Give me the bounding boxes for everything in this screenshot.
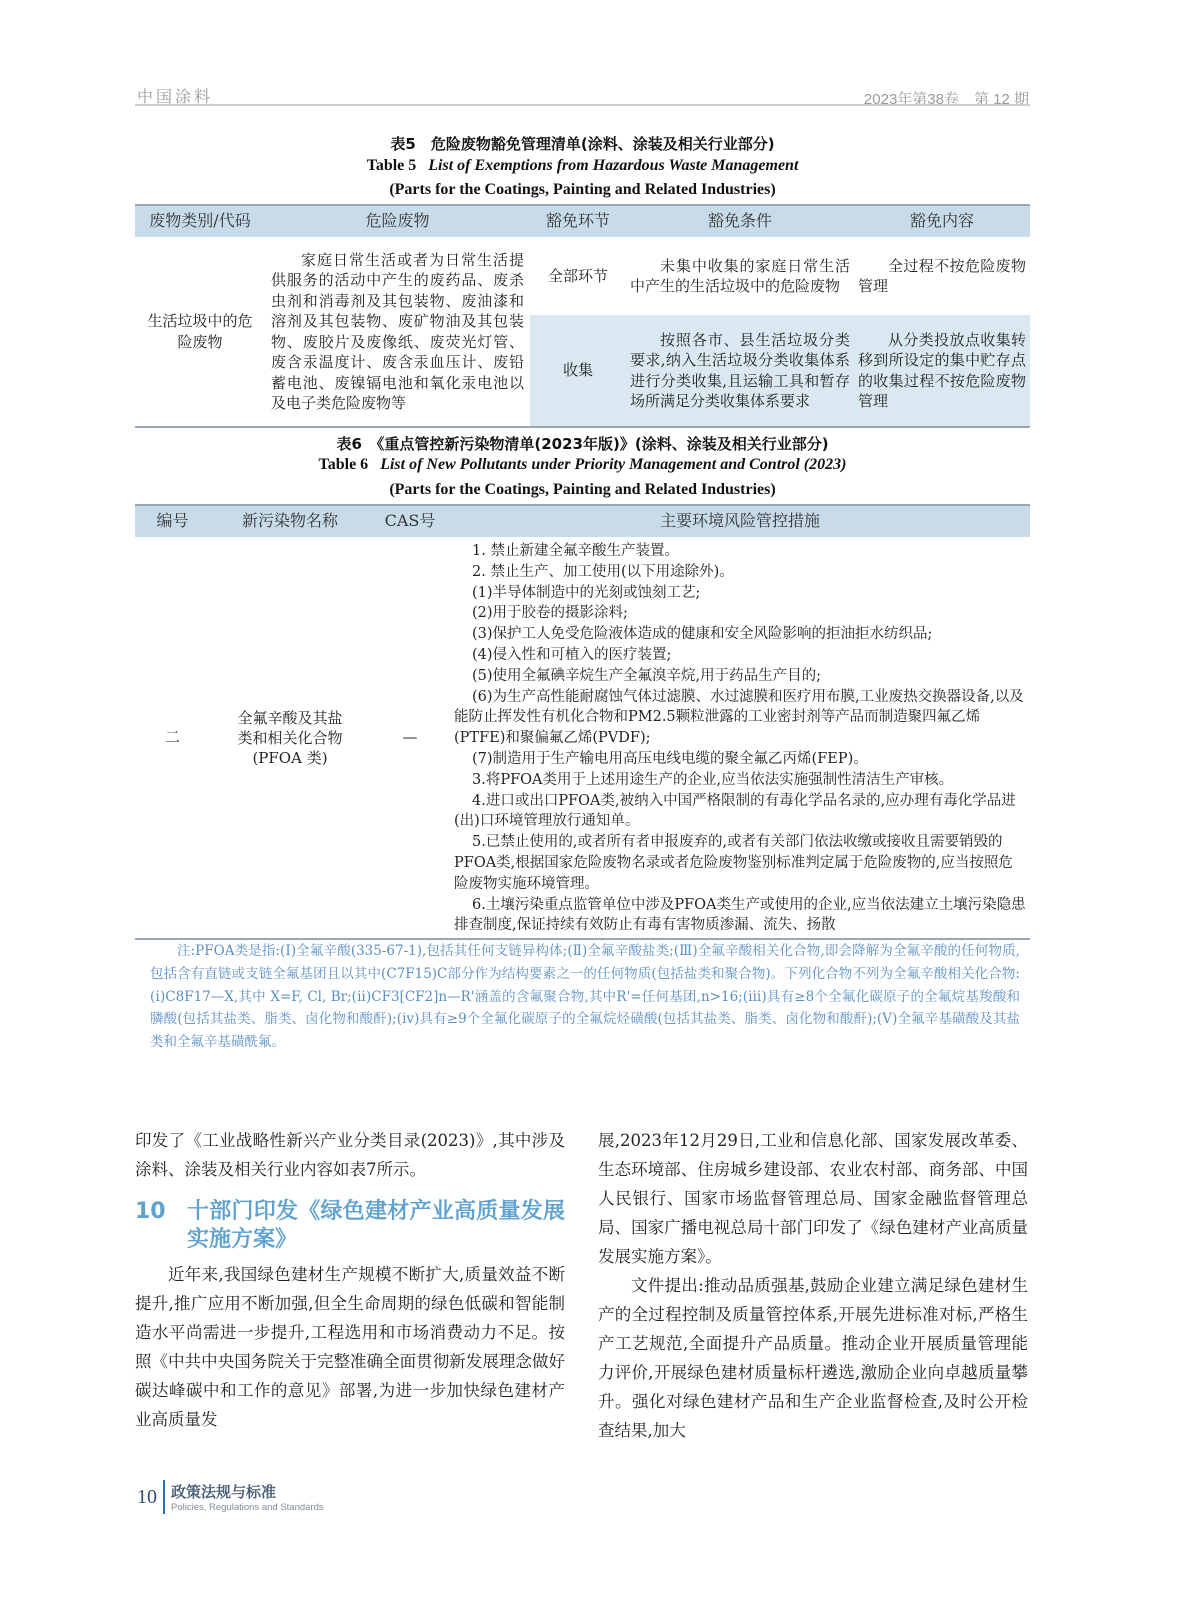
col-header: 豁免环节	[530, 205, 626, 237]
col-header: CAS号	[370, 505, 450, 537]
page-footer: 10 政策法规与标准 Policies, Regulations and Sta…	[137, 1480, 324, 1514]
measure-item: (1)半导体制造中的光刻或蚀刻工艺;	[454, 583, 1026, 604]
measure-item: (3)保护工人免受危险液体造成的健康和安全风险影响的拒油拒水纺织品;	[454, 624, 1026, 645]
paragraph: 印发了《工业战略性新兴产业分类目录(2023)》,其中涉及涂料、涂装及相关行业内…	[135, 1126, 565, 1184]
table5-caption-en: Table 5 List of Exemptions from Hazardou…	[135, 157, 1030, 175]
table5: 废物类别/代码 危险废物 豁免环节 豁免条件 豁免内容 生活垃圾中的危险废物 家…	[135, 204, 1030, 428]
paragraph: 近年来,我国绿色建材生产规模不断扩大,质量效益不断提升,推广应用不断加强,但全生…	[135, 1260, 565, 1434]
waste-description: 家庭日常生活或者为日常生活提供服务的活动中产生的废药品、废杀虫剂和消毒剂及其包装…	[265, 237, 530, 427]
section-heading: 10 十部门印发《绿色建材产业高质量发展实施方案》	[135, 1198, 565, 1254]
footer-section-cn: 政策法规与标准	[171, 1481, 324, 1502]
measure-item: (5)使用全氟碘辛烷生产全氟溴辛烷,用于药品生产目的;	[454, 666, 1026, 687]
table6-caption-en: Table 6 List of New Pollutants under Pri…	[135, 456, 1030, 474]
measure-item: 6.土壤污染重点监管单位中涉及PFOA类生产或使用的企业,应当依法建立土壤污染隐…	[454, 895, 1026, 939]
table6-note: 注:PFOA类是指:(Ⅰ)全氟辛酸(335-67-1),包括其任何支链异构体;(…	[150, 940, 1020, 1054]
exemption-condition: 未集中收集的家庭日常生活中产生的生活垃圾中的危险废物	[626, 237, 854, 315]
measure-item: 4.进口或出口PFOA类,被纳入中国严格限制的有毒化学品名录的,应办理有毒化学品…	[454, 791, 1026, 833]
measure-item: (7)制造用于生产输电用高压电线电缆的聚全氟乙丙烯(FEP)。	[454, 749, 1026, 770]
exemption-content: 全过程不按危险废物管理	[854, 237, 1030, 315]
measure-item: (4)侵入性和可植入的医疗装置;	[454, 645, 1026, 666]
table6-title-en: List of New Pollutants under Priority Ma…	[380, 456, 846, 473]
table5-caption-sub: (Parts for the Coatings, Painting and Re…	[135, 181, 1030, 199]
measure-item: (2)用于胶卷的摄影涂料;	[454, 603, 1026, 624]
measure-item: (6)为生产高性能耐腐蚀气体过滤膜、水过滤膜和医疗用布膜,工业废热交换器设备,以…	[454, 687, 1026, 749]
col-header: 主要环境风险管控措施	[450, 505, 1030, 537]
section-title: 十部门印发《绿色建材产业高质量发展实施方案》	[187, 1198, 565, 1254]
pollutant-number: 二	[135, 537, 210, 939]
exemption-stage: 收集	[530, 315, 626, 427]
col-header: 豁免内容	[854, 205, 1030, 237]
section-number: 10	[135, 1198, 187, 1254]
waste-category: 生活垃圾中的危险废物	[135, 237, 265, 427]
paragraph: 文件提出:推动品质强基,鼓励企业建立满足绿色建材生产的全过程控制及质量管控体系,…	[598, 1271, 1028, 1445]
table-row: 二 全氟辛酸及其盐 类和相关化合物 (PFOA 类) — 1. 禁止新建全氟辛酸…	[135, 537, 1030, 939]
measure-item: 2. 禁止生产、加工使用(以下用途除外)。	[454, 562, 1026, 583]
cas-number: —	[370, 537, 450, 939]
col-header: 豁免条件	[626, 205, 854, 237]
paragraph: 展,2023年12月29日,工业和信息化部、国家发展改革委、生态环境部、住房城乡…	[598, 1126, 1028, 1271]
footer-section: 政策法规与标准 Policies, Regulations and Standa…	[171, 1481, 324, 1513]
exemption-stage: 全部环节	[530, 237, 626, 315]
col-header: 危险废物	[265, 205, 530, 237]
table6-label: Table 6	[319, 456, 369, 473]
table5-label: Table 5	[367, 157, 417, 174]
table5-title-en: List of Exemptions from Hazardous Waste …	[428, 157, 798, 174]
table6: 编号 新污染物名称 CAS号 主要环境风险管控措施 二 全氟辛酸及其盐 类和相关…	[135, 504, 1030, 940]
col-header: 编号	[135, 505, 210, 537]
right-column: 展,2023年12月29日,工业和信息化部、国家发展改革委、生态环境部、住房城乡…	[598, 1126, 1028, 1445]
control-measures: 1. 禁止新建全氟辛酸生产装置。 2. 禁止生产、加工使用(以下用途除外)。 (…	[450, 537, 1030, 939]
footer-divider	[163, 1480, 165, 1514]
measure-item: 1. 禁止新建全氟辛酸生产装置。	[454, 541, 1026, 562]
table6-caption-sub: (Parts for the Coatings, Painting and Re…	[135, 481, 1030, 499]
col-header: 废物类别/代码	[135, 205, 265, 237]
measure-item: 5.已禁止使用的,或者所有者申报废弃的,或者有关部门依法收缴或接收且需要销毁的P…	[454, 832, 1026, 894]
exemption-content: 从分类投放点收集转移到所设定的集中贮存点的收集过程不按危险废物管理	[854, 315, 1030, 427]
page-number: 10	[137, 1486, 157, 1509]
col-header: 新污染物名称	[210, 505, 370, 537]
measure-item: 3.将PFOA类用于上述用途生产的企业,应当依法实施强制性清洁生产审核。	[454, 770, 1026, 791]
pollutant-name: 全氟辛酸及其盐 类和相关化合物 (PFOA 类)	[210, 537, 370, 939]
table-row: 生活垃圾中的危险废物 家庭日常生活或者为日常生活提供服务的活动中产生的废药品、废…	[135, 237, 1030, 315]
table6-caption-cn: 表6 《重点管控新污染物清单(2023年版)》(涂料、涂装及相关行业部分)	[135, 433, 1030, 454]
left-column: 印发了《工业战略性新兴产业分类目录(2023)》,其中涉及涂料、涂装及相关行业内…	[135, 1126, 565, 1434]
footer-section-en: Policies, Regulations and Standards	[171, 1502, 324, 1513]
exemption-condition: 按照各市、县生活垃圾分类要求,纳入生活垃圾分类收集体系进行分类收集,且运输工具和…	[626, 315, 854, 427]
table5-caption-cn: 表5 危险废物豁免管理清单(涂料、涂装及相关行业部分)	[135, 133, 1030, 154]
header-divider	[135, 104, 1030, 106]
